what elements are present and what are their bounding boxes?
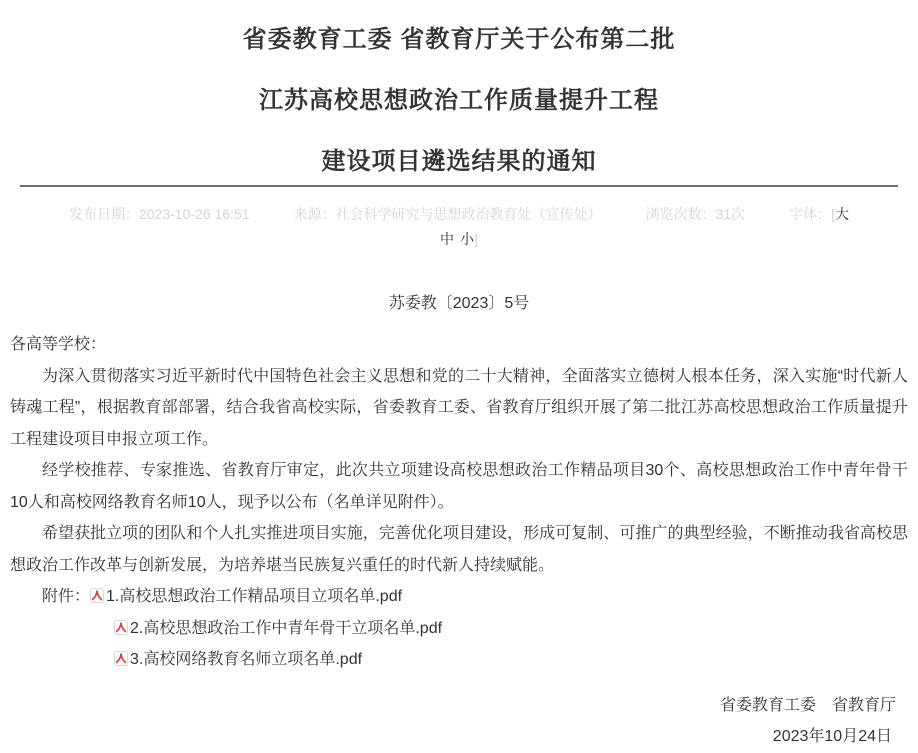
attachment-name: 3.高校网络教育名师立项名单.pdf [130,651,362,668]
paragraph-3: 希望获批立项的团队和个人扎实推进项目实施，完善优化项目建设，形成可复制、可推广的… [10,518,908,581]
pdf-icon [114,620,128,635]
attachment-link-2[interactable]: 2.高校思想政治工作中青年骨干立项名单.pdf [90,613,442,645]
title-line-2: 江苏高校思想政治工作质量提升工程 [0,89,918,113]
title-line-3: 建设项目遴选结果的通知 [0,150,918,174]
title-line-1: 省委教育工委 省教育厅关于公布第二批 [0,28,918,52]
publish-date-label: 发布日期： [69,206,139,222]
paragraph-1: 为深入贯彻落实习近平新时代中国特色社会主义思想和党的二十大精神，全面落实立德树人… [10,361,908,456]
views-value: 31次 [716,206,746,222]
attachment-name: 2.高校思想政治工作中青年骨干立项名单.pdf [130,620,442,637]
attachment-link-3[interactable]: 3.高校网络教育名师立项名单.pdf [90,644,442,676]
page-title: 省委教育工委 省教育厅关于公布第二批 江苏高校思想政治工作质量提升工程 建设项目… [0,28,918,174]
attachments-list: 1.高校思想政治工作精品项目立项名单.pdf 2.高校思想政治工作中青年骨干立项… [90,581,442,676]
source-value: 社会科学研究与思想政治教育处（宣传处） [336,206,602,222]
publish-date-value: 2023-10-26 16:51 [139,206,250,222]
pdf-icon [90,588,104,603]
pdf-icon [114,651,128,666]
paragraph-2: 经学校推荐、专家推选、省教育厅审定，此次共立项建设高校思想政治工作精品项目30个… [10,455,908,518]
title-divider [20,185,898,187]
issue-date: 2023年10月24日 [0,721,896,753]
font-size-label: 字体： [789,206,831,222]
signature-block: 省委教育工委 省教育厅 2023年10月24日 [0,690,896,753]
attachments-label: 附件： [10,581,90,613]
attachment-link-1[interactable]: 1.高校思想政治工作精品项目立项名单.pdf [90,581,442,613]
font-size-medium-button[interactable]: 中 [440,231,454,247]
document-number: 苏委教〔2023〕5号 [0,290,918,313]
font-size-bracket-close: ] [474,231,478,247]
attachments-section: 附件： 1.高校思想政治工作精品项目立项名单.pdf 2.高校思想政治工作中青年… [10,581,908,676]
font-size-large-button[interactable]: 大 [835,206,849,222]
source-label: 来源： [294,206,336,222]
attachment-name: 1.高校思想政治工作精品项目立项名单.pdf [106,588,402,605]
document-body: 各高等学校： 为深入贯彻落实习近平新时代中国特色社会主义思想和党的二十大精神，全… [10,329,908,676]
issuing-authority: 省委教育工委 省教育厅 [0,690,896,722]
salutation: 各高等学校： [10,329,908,361]
font-size-small-button[interactable]: 小 [460,231,474,247]
views-label: 浏览次数： [646,206,716,222]
meta-bar: 发布日期：2023-10-26 16:51来源：社会科学研究与思想政治教育处（宣… [0,202,918,252]
notice-page: 省委教育工委 省教育厅关于公布第二批 江苏高校思想政治工作质量提升工程 建设项目… [0,0,918,753]
